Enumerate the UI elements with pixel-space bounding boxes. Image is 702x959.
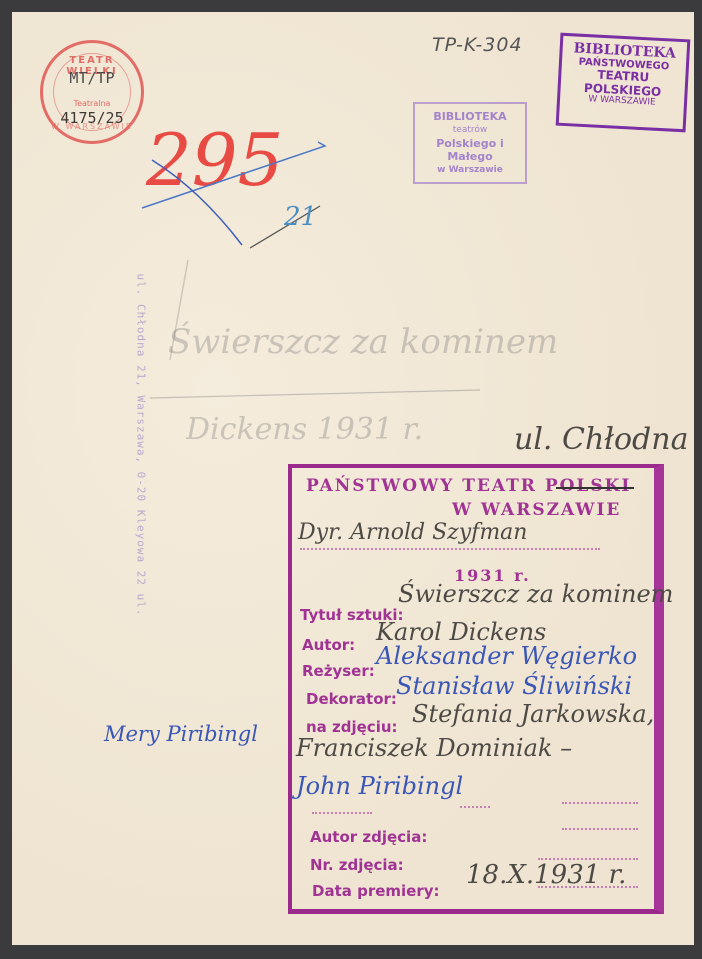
theatre-stamp-header: PAŃSTWOWY TEATR POLSKI: [306, 476, 631, 496]
library-stamp2-line2: teatrów: [415, 125, 525, 135]
author-label: Autor:: [302, 636, 355, 654]
blue-number: 21: [284, 202, 317, 232]
library-stamp2-line3: Polskiego i Małego: [415, 137, 525, 163]
teatr-wielki-round-stamp: TEATR WIELKI MT/TP Teatralna 4175/25 W W…: [40, 40, 144, 144]
strikethrough-line: [556, 487, 634, 489]
dotted-line: [538, 886, 638, 888]
director-underline: [300, 548, 600, 550]
cast-line-1: Franciszek Dominiak –: [296, 734, 572, 762]
dotted-line: [562, 802, 638, 804]
dotted-line: [460, 806, 490, 808]
address-handwritten: ul. Chłodna: [514, 422, 688, 457]
theatre-stamp-city: W WARSZAWIE: [452, 500, 621, 520]
vertical-faded-text: ul. Chłodna 21, Warszawa, 0-20 Kleyowa 2…: [135, 274, 148, 744]
designer-value: Stanisław Śliwiński: [396, 672, 632, 700]
vertical-faded-stamp: ul. Chłodna 21, Warszawa, 0-20 Kleyowa 2…: [128, 280, 148, 750]
dotted-line: [562, 828, 638, 830]
blue-strikethrough-marks: [140, 130, 340, 250]
premiere-date-label: Data premiery:: [312, 882, 440, 900]
faded-pencil-title: Świerszcz za kominem: [168, 322, 558, 362]
library-stamp-teatr-polski: BIBLIOTEKA PAŃSTWOWEGO TEATRU POLSKIEGO …: [556, 33, 691, 133]
director-value: Aleksander Węgierko: [376, 642, 637, 670]
dotted-line: [312, 812, 372, 814]
title-value: Świerszcz za kominem: [398, 580, 673, 608]
call-number: TP-K-304: [432, 34, 523, 56]
director-label: Reżyser:: [302, 662, 375, 680]
photo-number-label: Nr. zdjęcia:: [310, 856, 404, 874]
library-stamp2-line4: w Warszawie: [415, 165, 525, 175]
stamp-bottom-text: W WARSZAWIE: [43, 122, 141, 131]
designer-label: Dekorator:: [306, 690, 397, 708]
stamp-handwritten-code: MT/TP: [43, 69, 141, 87]
photographer-label: Autor zdjęcia:: [310, 828, 427, 846]
margin-note: Mery Piribingl: [104, 722, 258, 746]
library-stamp-polski-maly: BIBLIOTEKA teatrów Polskiego i Małego w …: [413, 102, 527, 184]
stamp-middle-text: Teatralna: [43, 99, 141, 108]
faded-pencil-author-year: Dickens 1931 r.: [186, 412, 423, 447]
in-photo-value: Stefania Jarkowska,: [412, 700, 654, 728]
library-stamp2-line1: BIBLIOTEKA: [415, 110, 525, 123]
director-handwritten: Dyr. Arnold Szyfman: [298, 520, 527, 545]
cast-line-2: John Piribingl: [296, 772, 463, 800]
